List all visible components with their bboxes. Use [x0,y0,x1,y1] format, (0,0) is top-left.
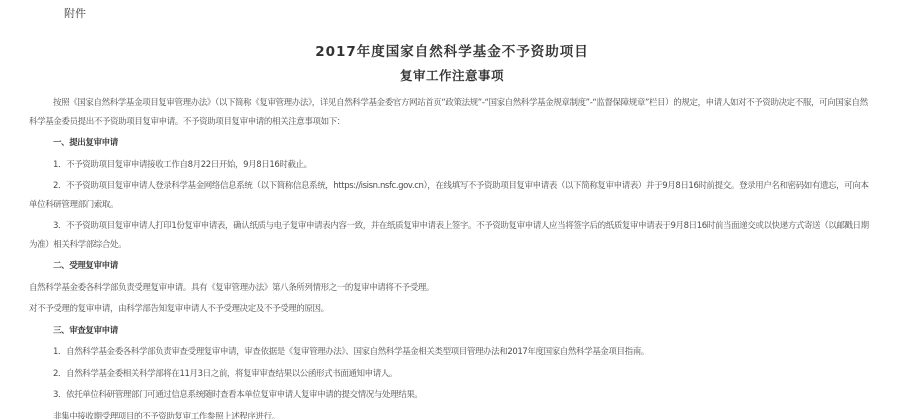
section-3-item-1: 1．自然科学基金委各科学部负责审查受理复审申请，审查依据是《复审管理办法》、国家… [29,343,875,362]
section-1-item-1: 1．不予资助项目复审申请接收工作自8月22日开始，9月8日16时截止。 [29,156,875,175]
intro-paragraph: 按照《国家自然科学基金项目复审管理办法》（以下简称《复审管理办法》，详见自然科学… [29,94,875,131]
document-page: 附件 2017年度国家自然科学基金不予资助项目 复审工作注意事项 按照《国家自然… [0,0,900,419]
closing-paragraph: 非集中接收期受理项目的不予资助复审工作参照上述程序进行。 [29,408,875,419]
section-1-item-3: 3．不予资助项目复审申请人打印1份复审申请表，确认纸质与电子复审申请表内容一致，… [29,217,875,254]
section-2-paragraph-1: 自然科学基金委各科学部负责受理复审申请。具有《复审管理办法》第八条所列情形之一的… [29,279,875,298]
section-3-item-3: 3．依托单位科研管理部门可通过信息系统随时查看本单位复审申请人复审申请的提交情况… [29,386,875,405]
section-1-heading: 一、提出复审申请 [29,134,875,153]
section-3-heading: 三、审查复审申请 [29,322,875,341]
doc-title: 2017年度国家自然科学基金不予资助项目 [29,44,875,60]
doc-subtitle: 复审工作注意事项 [29,68,875,83]
section-2-paragraph-2: 对不予受理的复审申请，由科学部告知复审申请人不予受理决定及不予受理的原因。 [29,300,875,319]
section-3-item-2: 2．自然科学基金委相关科学部将在11月3日之前，将复审审查结果以公函形式书面通知… [29,365,875,384]
attachment-label: 附件 [64,7,875,20]
section-1-item-2: 2．不予资助项目复审申请人登录科学基金网络信息系统（以下简称信息系统，https… [29,177,875,214]
document-body: 按照《国家自然科学基金项目复审管理办法》（以下简称《复审管理办法》，详见自然科学… [29,94,875,419]
section-2-heading: 二、受理复审申请 [29,257,875,276]
